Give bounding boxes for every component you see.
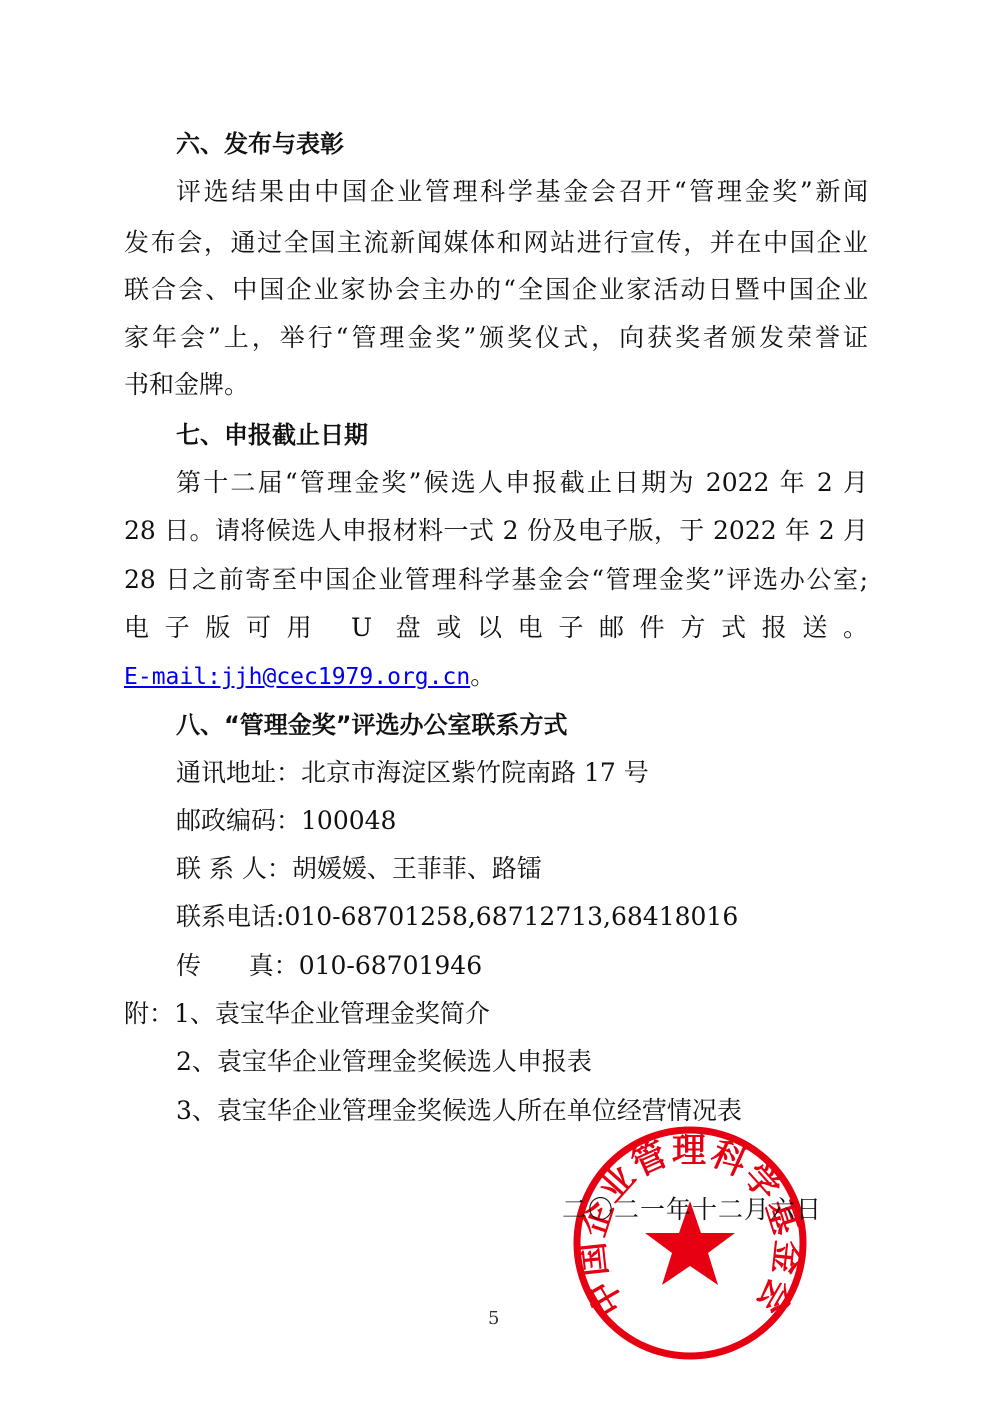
- email-line: E-mail:jjh@cec1979.org.cn。: [124, 660, 495, 693]
- contact-value: 北京市海淀区紫竹院南路 17 号: [301, 758, 649, 787]
- official-seal-icon: 中国企业管理科学基金会: [570, 1123, 810, 1363]
- email-suffix: 。: [470, 661, 495, 690]
- page-number: 5: [488, 1308, 499, 1329]
- attachments-prefix: 附：: [124, 999, 174, 1028]
- contact-phone: 联系电话:010-68701258,68712713,68418016: [176, 901, 738, 933]
- section-heading-seven: 七、申报截止日期: [176, 419, 368, 451]
- section-heading-six: 六、发布与表彰: [176, 128, 344, 160]
- signature-date: 二〇二一年十二月六日: [562, 1190, 822, 1226]
- paragraph-line: 28 日之前寄至中国企业管理科学基金会“管理金奖”评选办公室;: [124, 564, 868, 596]
- contact-address: 通讯地址：北京市海淀区紫竹院南路 17 号: [176, 757, 649, 789]
- paragraph-line: 书和金牌。: [124, 369, 249, 401]
- contact-value: 100048: [301, 806, 396, 835]
- paragraph-line: 发布会，通过全国主流新闻媒体和网站进行宣传，并在中国企业: [124, 227, 868, 259]
- paragraph-line: 家年会”上，举行“管理金奖”颁奖仪式，向获奖者颁发荣誉证: [124, 322, 868, 354]
- contact-label: 传 真：: [176, 951, 299, 980]
- contact-label: 邮政编码：: [176, 806, 301, 835]
- contact-value: 010-68701946: [299, 951, 482, 980]
- paragraph-line: 28 日。请将候选人申报材料一式 2 份及电子版，于 2022 年 2 月: [124, 515, 868, 547]
- contact-value: 胡媛媛、王菲菲、路镭: [292, 854, 542, 883]
- contact-label: 联系电话:: [176, 902, 284, 931]
- attachment-item-1: 附：1、袁宝华企业管理金奖简介: [124, 998, 490, 1030]
- contact-label: 通讯地址：: [176, 758, 301, 787]
- paragraph-line: 联合会、中国企业家协会主办的“全国企业家活动日暨中国企业: [124, 274, 868, 306]
- paragraph-line: 第十二届“管理金奖”候选人申报截止日期为 2022 年 2 月: [176, 467, 868, 499]
- paragraph-line: 电子版可用 U 盘或以电子邮件方式报送。: [124, 612, 868, 644]
- contact-person: 联 系 人：胡媛媛、王菲菲、路镭: [176, 853, 542, 885]
- attachment-label: 1、袁宝华企业管理金奖简介: [174, 999, 490, 1028]
- contact-label: 联 系 人：: [176, 854, 292, 883]
- attachment-item-2: 2、袁宝华企业管理金奖候选人申报表: [176, 1046, 592, 1078]
- paragraph-line: 评选结果由中国企业管理科学基金会召开“管理金奖”新闻: [176, 176, 868, 208]
- contact-fax: 传 真：010-68701946: [176, 950, 482, 982]
- email-link[interactable]: E-mail:jjh@cec1979.org.cn: [124, 664, 470, 690]
- section-heading-eight: 八、“管理金奖”评选办公室联系方式: [176, 709, 568, 741]
- contact-postcode: 邮政编码：100048: [176, 805, 396, 837]
- contact-value: 010-68701258,68712713,68418016: [284, 902, 738, 931]
